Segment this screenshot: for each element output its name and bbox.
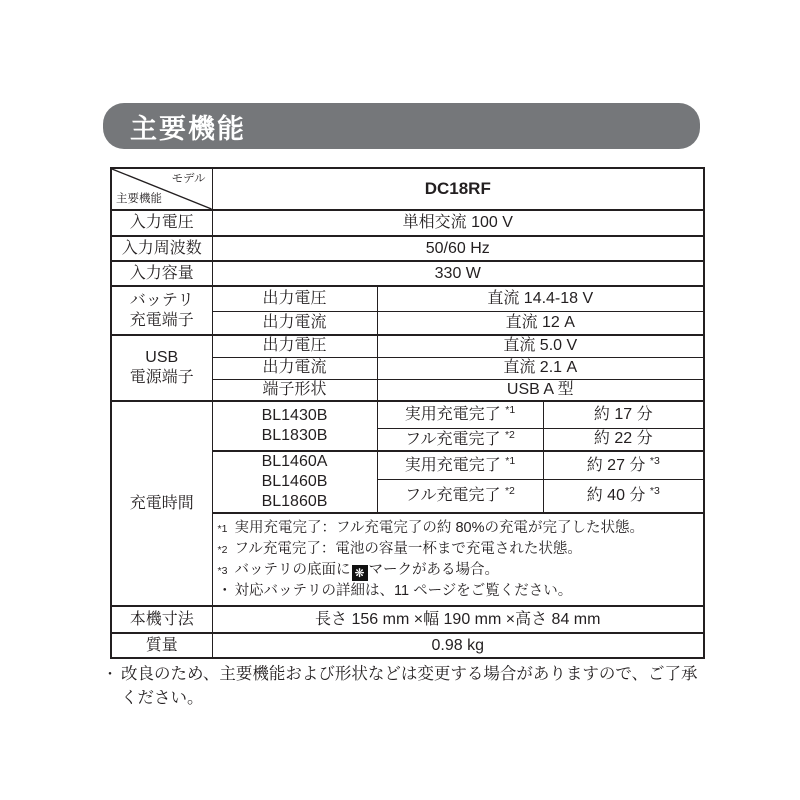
sub-label-usb-voltage: 出力電圧 <box>212 335 377 357</box>
model-bl1460b: BL1460B <box>262 473 328 490</box>
footnote-ref-2: *2 <box>505 485 515 497</box>
footnote-2: *2 フル充電完了：電池の容量一杯まで充電された状態。 <box>218 539 700 560</box>
charge-time-full-g2: 約 40 分 *3 <box>543 479 704 513</box>
charge-time-practical-g1: 約 17 分 <box>543 401 704 428</box>
charge-time-practical-g2: 約 27 分 *3 <box>543 451 704 479</box>
corner-model-label: モデル <box>172 172 206 186</box>
sub-label-usb-current: 出力電流 <box>212 357 377 379</box>
row-label-usb-terminal: USB 電源端子 <box>111 335 212 401</box>
corner-cell: モデル 主要機能 <box>111 168 212 210</box>
table-row: 入力容量 330 W <box>111 261 704 286</box>
charge-type-practical-g1: 実用充電完了 *1 <box>377 401 543 428</box>
footnote-ref-1: *1 <box>505 404 515 416</box>
corner-feature-label: 主要機能 <box>116 192 162 206</box>
battery-terminal-label-line2: 充電端子 <box>130 312 194 329</box>
table-row-header: モデル 主要機能 DC18RF <box>111 168 704 210</box>
row-label-input-capacity: 入力容量 <box>111 261 212 286</box>
model-bl1860b: BL1860B <box>262 493 328 510</box>
sub-value-output-current: 直流 12 A <box>377 311 704 335</box>
row-label-input-voltage: 入力電圧 <box>111 210 212 236</box>
row-label-charge-time: 充電時間 <box>111 401 212 606</box>
sub-label-usb-shape: 端子形状 <box>212 379 377 401</box>
usb-terminal-label-line2: 電源端子 <box>130 369 194 386</box>
footnote-4: ・ 対応バッテリの詳細は、11 ページをご覧ください。 <box>218 581 700 601</box>
spec-table: モデル 主要機能 DC18RF 入力電圧 単相交流 100 V 入力周波数 50… <box>110 167 705 659</box>
footnote-3: *3 バッテリの底面に❋マークがある場合。 <box>218 560 700 581</box>
charge-type-full-g2: フル充電完了 *2 <box>377 479 543 513</box>
footnote-ref-3: *3 <box>650 485 660 497</box>
spec-sheet-page: 主要機能 モデル 主要機能 DC18RF 入力電圧 単相交流 100 V 入力周… <box>0 0 800 800</box>
row-value-input-voltage: 単相交流 100 V <box>212 210 704 236</box>
row-label-battery-terminal: バッテリ 充電端子 <box>111 286 212 335</box>
charge-type-practical-g2: 実用充電完了 *1 <box>377 451 543 479</box>
row-value-dimensions: 長さ 156 mm ×幅 190 mm ×高さ 84 mm <box>212 606 704 633</box>
charge-type-full-g1: フル充電完了 *2 <box>377 428 543 451</box>
footnote-ref-1: *1 <box>505 455 515 467</box>
section-title-bar: 主要機能 <box>103 103 700 149</box>
footnote-ref-3: *3 <box>650 455 660 467</box>
sub-value-output-voltage: 直流 14.4-18 V <box>377 286 704 311</box>
bullet-mark: ・ <box>103 662 121 710</box>
footnotes-cell: *1 実用充電完了：フル充電完了の約 80%の充電が完了した状態。 *2 フル充… <box>212 513 704 606</box>
footnote-1: *1 実用充電完了：フル充電完了の約 80%の充電が完了した状態。 <box>218 518 700 539</box>
table-row: 入力周波数 50/60 Hz <box>111 236 704 261</box>
sub-label-output-current: 出力電流 <box>212 311 377 335</box>
model-value: DC18RF <box>212 168 704 210</box>
battery-models-group1: BL1430B BL1830B <box>212 401 377 451</box>
sub-label-output-voltage: 出力電圧 <box>212 286 377 311</box>
table-row: バッテリ 充電端子 出力電圧 直流 14.4-18 V <box>111 286 704 311</box>
row-label-input-frequency: 入力周波数 <box>111 236 212 261</box>
row-value-weight: 0.98 kg <box>212 633 704 658</box>
battery-models-group2: BL1460A BL1460B BL1860B <box>212 451 377 513</box>
section-title: 主要機能 <box>103 107 246 146</box>
sub-value-usb-shape: USB A 型 <box>377 379 704 401</box>
usb-terminal-label-line1: USB <box>145 349 178 366</box>
battery-terminal-label-line1: バッテリ <box>130 292 194 309</box>
row-value-input-capacity: 330 W <box>212 261 704 286</box>
model-bl1430b: BL1430B <box>262 407 328 424</box>
disclaimer-text: 改良のため、主要機能および形状などは変更する場合がありますので、ご了承ください。 <box>121 662 709 710</box>
model-bl1830b: BL1830B <box>262 427 328 444</box>
footnote-ref-2: *2 <box>505 429 515 441</box>
table-row: 本機寸法 長さ 156 mm ×幅 190 mm ×高さ 84 mm <box>111 606 704 633</box>
charge-time-full-g1: 約 22 分 <box>543 428 704 451</box>
model-bl1460a: BL1460A <box>262 453 328 470</box>
disclaimer-note: ・ 改良のため、主要機能および形状などは変更する場合がありますので、ご了承くださ… <box>103 662 709 710</box>
row-label-weight: 質量 <box>111 633 212 658</box>
sub-value-usb-voltage: 直流 5.0 V <box>377 335 704 357</box>
table-row: 質量 0.98 kg <box>111 633 704 658</box>
table-row: USB 電源端子 出力電圧 直流 5.0 V <box>111 335 704 357</box>
star-mark-icon: ❋ <box>352 565 368 581</box>
table-row: 充電時間 BL1430B BL1830B 実用充電完了 *1 約 17 分 <box>111 401 704 428</box>
row-label-dimensions: 本機寸法 <box>111 606 212 633</box>
sub-value-usb-current: 直流 2.1 A <box>377 357 704 379</box>
row-value-input-frequency: 50/60 Hz <box>212 236 704 261</box>
table-row: 入力電圧 単相交流 100 V <box>111 210 704 236</box>
